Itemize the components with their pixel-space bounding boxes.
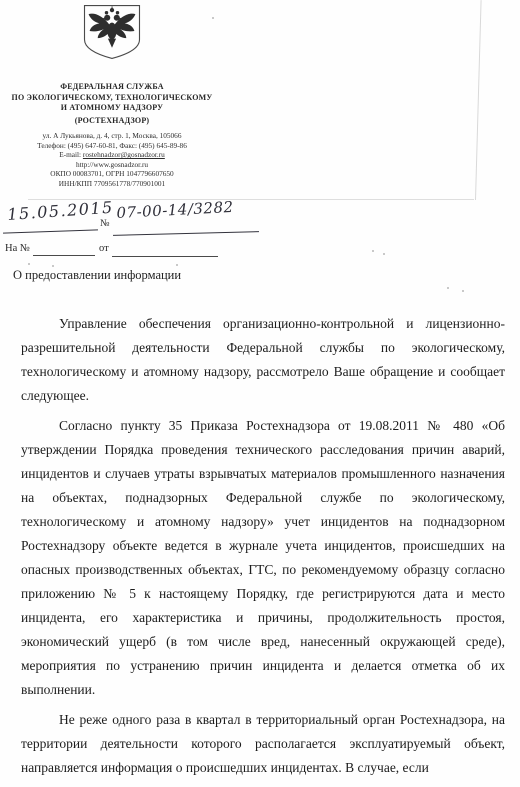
letter-body: Управление обеспечения организационно-ко…: [21, 312, 505, 780]
org-short-name: (РОСТЕХНАДЗОР): [0, 116, 224, 127]
body-paragraph: Управление обеспечения организационно-ко…: [21, 312, 505, 408]
reply-number-blank: [33, 255, 95, 256]
phone-fax-line: Телефон: (495) 647-60-81, Факс: (495) 64…: [0, 141, 224, 151]
letterhead: ФЕДЕРАЛЬНАЯ СЛУЖБА ПО ЭКОЛОГИЧЕСКОМУ, ТЕ…: [0, 4, 224, 189]
scan-speckle: [462, 290, 464, 292]
inn-kpp-line: ИНН/КПП 7709561778/770901001: [0, 179, 224, 189]
reply-from-label: от: [99, 243, 109, 254]
postal-address: ул. А Лукьянова, д. 4, стр. 1, Москва, 1…: [0, 131, 224, 141]
handwritten-date: 15.05.2015: [7, 198, 115, 224]
org-line: И АТОМНОМУ НАДЗОРУ: [0, 103, 224, 114]
body-paragraph: Согласно пункту 35 Приказа Ростехнадзора…: [21, 414, 505, 702]
handwritten-outgoing-number: 07-00-14/3282: [116, 198, 234, 222]
email-line: E-mail: rostehnadzor@gosnadzor.ru: [0, 150, 224, 160]
organization-name: ФЕДЕРАЛЬНАЯ СЛУЖБА ПО ЭКОЛОГИЧЕСКОМУ, ТЕ…: [0, 82, 224, 126]
contact-block: ул. А Лукьянова, д. 4, стр. 1, Москва, 1…: [0, 131, 224, 189]
website-url: http://www.gosnadzor.ru: [0, 160, 224, 170]
scan-speckle: [52, 265, 54, 267]
scan-speckle: [212, 17, 214, 19]
email-label: E-mail:: [59, 150, 83, 159]
okpo-ogrn-line: ОКПО 00083701, ОГРН 1047796607650: [0, 169, 224, 179]
number-sign-label: №: [100, 218, 110, 229]
scan-speckle: [383, 253, 385, 255]
scan-speckle: [447, 287, 449, 289]
reply-date-blank: [112, 256, 218, 257]
body-paragraph: Не реже одного раза в квартал в территор…: [21, 708, 505, 780]
subject-line: О предоставлении информации: [13, 268, 181, 283]
email-address: rostehnadzor@gosnadzor.ru: [83, 150, 165, 159]
scan-speckle: [28, 263, 30, 265]
reply-to-number-label: На №: [5, 243, 30, 254]
number-underline: [113, 231, 259, 236]
coat-of-arms-icon: [0, 4, 224, 60]
scan-speckle: [176, 264, 178, 266]
scanned-letter-page: ФЕДЕРАЛЬНАЯ СЛУЖБА ПО ЭКОЛОГИЧЕСКОМУ, ТЕ…: [0, 0, 520, 787]
org-line: ПО ЭКОЛОГИЧЕСКОМУ, ТЕХНОЛОГИЧЕСКОМУ: [0, 93, 224, 104]
org-line: ФЕДЕРАЛЬНАЯ СЛУЖБА: [0, 82, 224, 93]
scan-fold-line-vertical: [475, 0, 482, 200]
date-underline: [3, 229, 98, 233]
scan-speckle: [372, 250, 374, 252]
